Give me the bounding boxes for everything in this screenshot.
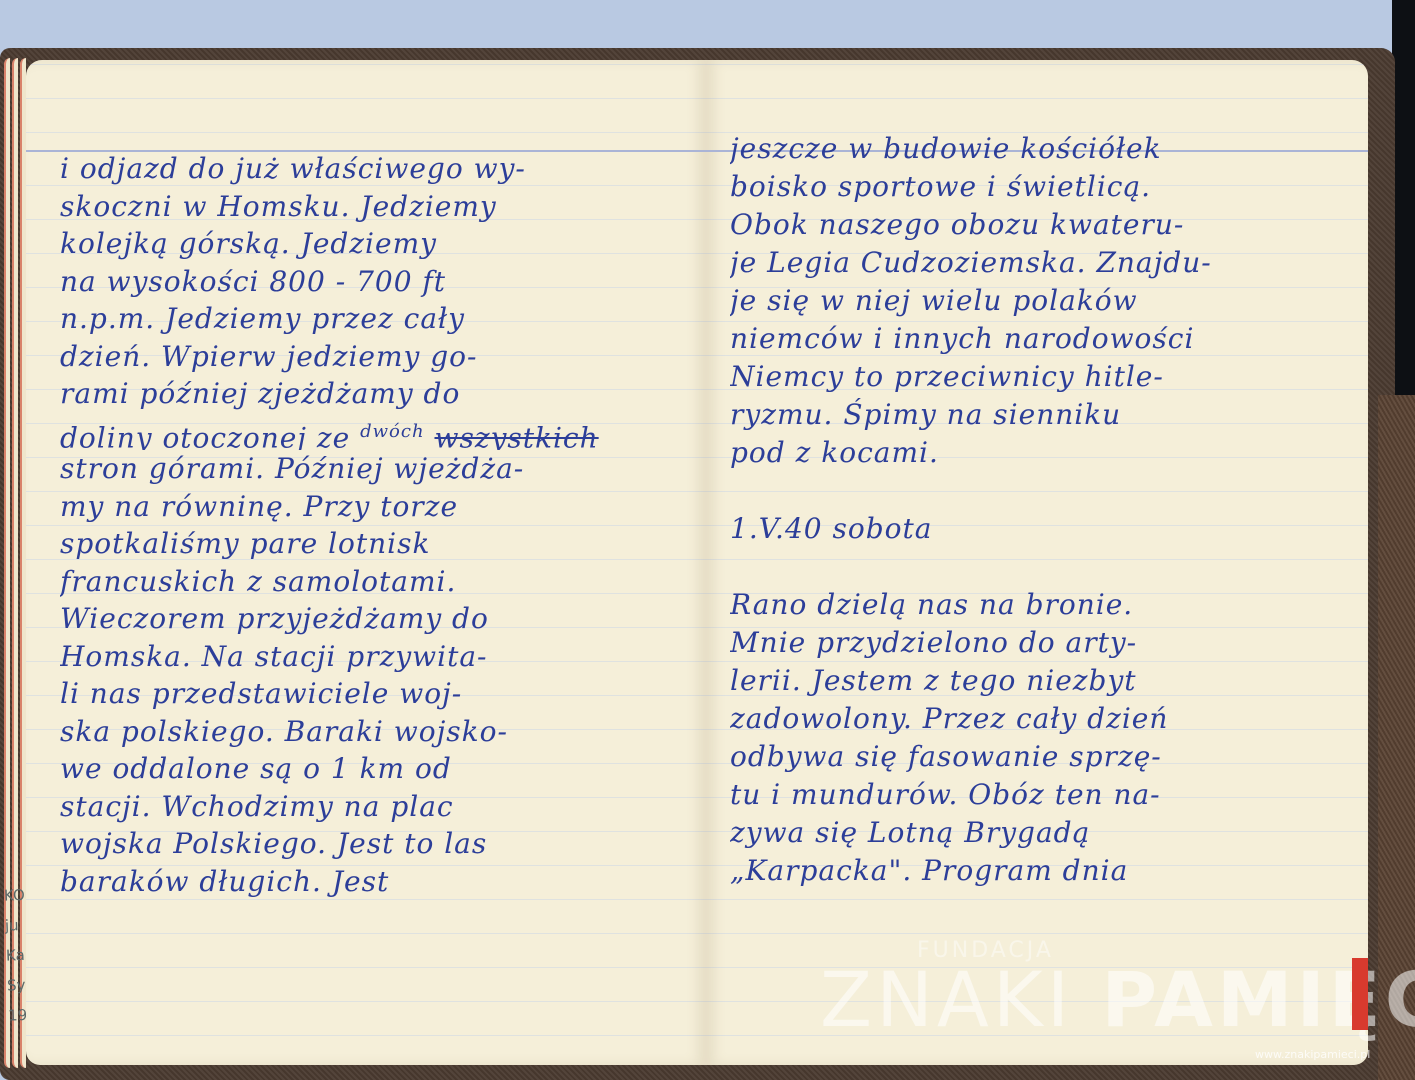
handwritten-line: zadowolony. Przez cały dzień: [730, 700, 1360, 738]
handwritten-line: jeszcze w budowie kościółek: [730, 130, 1360, 168]
handwritten-line: stron górami. Później wjeżdża-: [60, 450, 700, 488]
handwritten-line: pod z kocami.: [730, 434, 1360, 472]
left-page-text: i odjazd do już właściwego wy- skoczni w…: [60, 150, 700, 900]
handwritten-line: rami później zjeżdżamy do: [60, 375, 700, 413]
handwritten-line: lerii. Jestem z tego niezbyt: [730, 662, 1360, 700]
watermark-url: www.znakipamieci.pl: [1255, 1048, 1370, 1061]
handwritten-line: francuskich z samolotami.: [60, 563, 700, 601]
handwritten-line: we oddalone są o 1 km od: [60, 750, 700, 788]
handwritten-line: zywa się Lotną Brygadą: [730, 814, 1360, 852]
blank-line: [730, 472, 1360, 510]
handwritten-line: niemców i innych narodowości: [730, 320, 1360, 358]
handwritten-line: n.p.m. Jedziemy przez cały: [60, 300, 700, 338]
handwritten-line: Wieczorem przyjeżdżamy do: [60, 600, 700, 638]
handwritten-line: li nas przedstawiciele woj-: [60, 675, 700, 713]
date-heading: 1.V.40 sobota: [730, 510, 1360, 548]
inserted-word: dwóch: [360, 421, 424, 442]
handwritten-line: ryzmu. Śpimy na sienniku: [730, 396, 1360, 434]
handwritten-line: odbywa się fasowanie sprzę-: [730, 738, 1360, 776]
handwritten-line: Niemcy to przeciwnicy hitle-: [730, 358, 1360, 396]
watermark-light: ZNAKI: [820, 955, 1073, 1044]
handwritten-line: wojska Polskiego. Jest to las: [60, 825, 700, 863]
handwritten-line: Rano dzielą nas na bronie.: [730, 586, 1360, 624]
handwritten-line: je się w niej wielu polaków: [730, 282, 1360, 320]
handwritten-line: stacji. Wchodzimy na plac: [60, 788, 700, 826]
watermark-accent-bar: [1352, 958, 1368, 1030]
handwritten-line: dzień. Wpierw jedziemy go-: [60, 338, 700, 376]
handwritten-line: tu i mundurów. Obóz ten na-: [730, 776, 1360, 814]
handwritten-line: boisko sportowe i świetlicą.: [730, 168, 1360, 206]
handwritten-line: baraków długich. Jest: [60, 863, 700, 901]
handwritten-line: ska polskiego. Baraki wojsko-: [60, 713, 700, 751]
blank-line: [730, 548, 1360, 586]
handwritten-line-with-correction: doliny otoczonej ze dwóch wszystkich: [60, 413, 700, 451]
handwritten-line: my na równinę. Przy torze: [60, 488, 700, 526]
handwritten-line: i odjazd do już właściwego wy-: [60, 150, 700, 188]
handwritten-line: skoczni w Homsku. Jedziemy: [60, 188, 700, 226]
handwritten-line: spotkaliśmy pare lotnisk: [60, 525, 700, 563]
handwritten-line: Mnie przydzielono do arty-: [730, 624, 1360, 662]
handwritten-line: „Karpacka". Program dnia: [730, 852, 1360, 890]
handwritten-line: Obok naszego obozu kwateru-: [730, 206, 1360, 244]
right-page-text: jeszcze w budowie kościółek boisko sport…: [730, 130, 1360, 890]
handwritten-line: kolejką górską. Jedziemy: [60, 225, 700, 263]
watermark: ZNAKI PAMIĘCI: [820, 955, 1415, 1044]
handwritten-line: na wysokości 800 - 700 ft: [60, 263, 700, 301]
handwritten-text: doliny otoczonej ze: [60, 421, 350, 450]
struck-word: wszystkich: [434, 421, 598, 450]
handwritten-line: je Legia Cudzoziemska. Znajdu-: [730, 244, 1360, 282]
handwritten-line: Homska. Na stacji przywita-: [60, 638, 700, 676]
